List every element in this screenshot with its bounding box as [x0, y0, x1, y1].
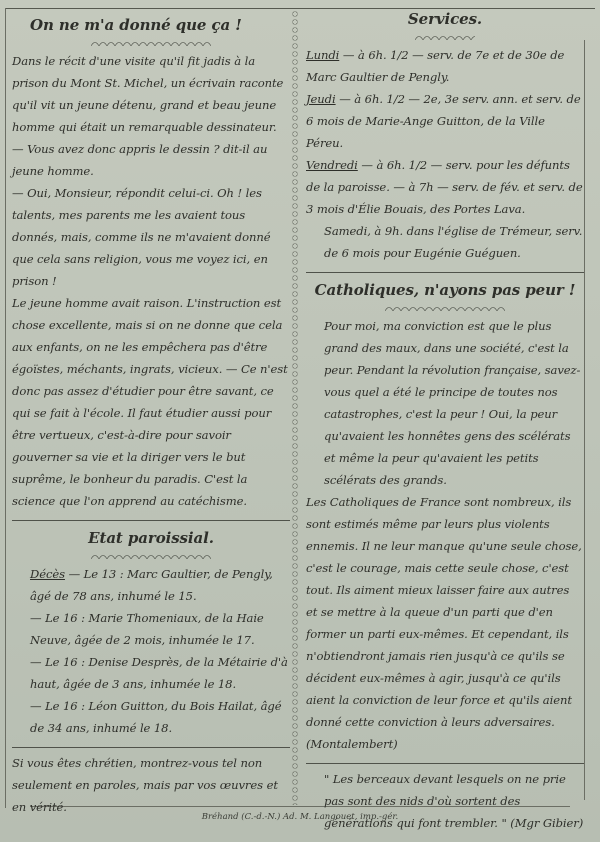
column-divider	[292, 10, 298, 805]
service-day: Samedi	[324, 224, 367, 238]
article-title-etat-paroissial: Etat paroissial.	[12, 525, 290, 551]
deces-entry: — Le 16 : Léon Guitton, du Bois Hailat, …	[12, 695, 290, 739]
right-column: Services. Lundi — à 6h. 1/2 — serv. de 7…	[306, 6, 584, 834]
article-title-services: Services.	[306, 6, 584, 32]
service-entry: Vendredi — à 6h. 1/2 — serv. pour les dé…	[306, 154, 584, 220]
deces-label: Décès	[30, 567, 65, 581]
section-rule	[306, 763, 584, 764]
frame-left-border	[5, 8, 6, 808]
title-flourish	[415, 32, 475, 40]
left-column: On ne m'a donné que ça ! Dans le récit d…	[12, 12, 290, 818]
service-entry: Lundi — à 6h. 1/2 — serv. de 7e et de 30…	[306, 44, 584, 88]
closing-exhortation: Si vous êtes chrétien, montrez-vous tel …	[12, 752, 290, 818]
section-rule	[12, 747, 290, 748]
article-title-catholiques: Catholiques, n'ayons pas peur !	[306, 277, 584, 303]
deces-text: — Le 13 : Marc Gaultier, de Pengly, âgé …	[30, 567, 273, 603]
paragraph: — Oui, Monsieur, répondit celui-ci. Oh !…	[12, 182, 290, 292]
paragraph: — Vous avez donc appris le dessin ? dit-…	[12, 138, 290, 182]
paragraph: Les Catholiques de France sont nombreux,…	[306, 491, 584, 755]
deces-entry: — Le 16 : Denise Desprès, de la Métairie…	[12, 651, 290, 695]
service-text: — à 6h. 1/2 — 2e, 3e serv. ann. et serv.…	[306, 92, 581, 150]
service-day: Jeudi	[306, 92, 336, 106]
paragraph: Le jeune homme avait raison. L'instructi…	[12, 292, 290, 512]
paragraph: Dans le récit d'une visite qu'il fit jad…	[12, 50, 290, 138]
deces-entry: Décès — Le 13 : Marc Gaultier, de Pengly…	[12, 563, 290, 607]
article-title-on-ne-m-a-donne: On ne m'a donné que ça !	[12, 12, 290, 38]
service-day: Lundi	[306, 48, 339, 62]
title-flourish	[385, 303, 505, 311]
title-flourish	[91, 551, 211, 559]
deces-entry: — Le 16 : Marie Thomeniaux, de la Haie N…	[12, 607, 290, 651]
service-entry: Samedi, à 9h. dans l'église de Trémeur, …	[306, 220, 584, 264]
title-flourish	[91, 38, 211, 46]
quote: " Les berceaux devant lesquels on ne pri…	[306, 768, 584, 834]
service-day: Vendredi	[306, 158, 358, 172]
section-rule	[306, 272, 584, 273]
section-rule	[12, 520, 290, 521]
service-text: — à 6h. 1/2 — serv. de 7e et de 30e de M…	[306, 48, 564, 84]
paragraph: Pour moi, ma conviction est que le plus …	[306, 315, 584, 491]
frame-right-border	[584, 40, 585, 800]
printer-imprint: Bréhand (C.-d.-N.) Ad. M. Langouet, imp.…	[0, 812, 600, 822]
service-entry: Jeudi — à 6h. 1/2 — 2e, 3e serv. ann. et…	[306, 88, 584, 154]
bulletin-page: On ne m'a donné que ça ! Dans le récit d…	[0, 0, 600, 842]
